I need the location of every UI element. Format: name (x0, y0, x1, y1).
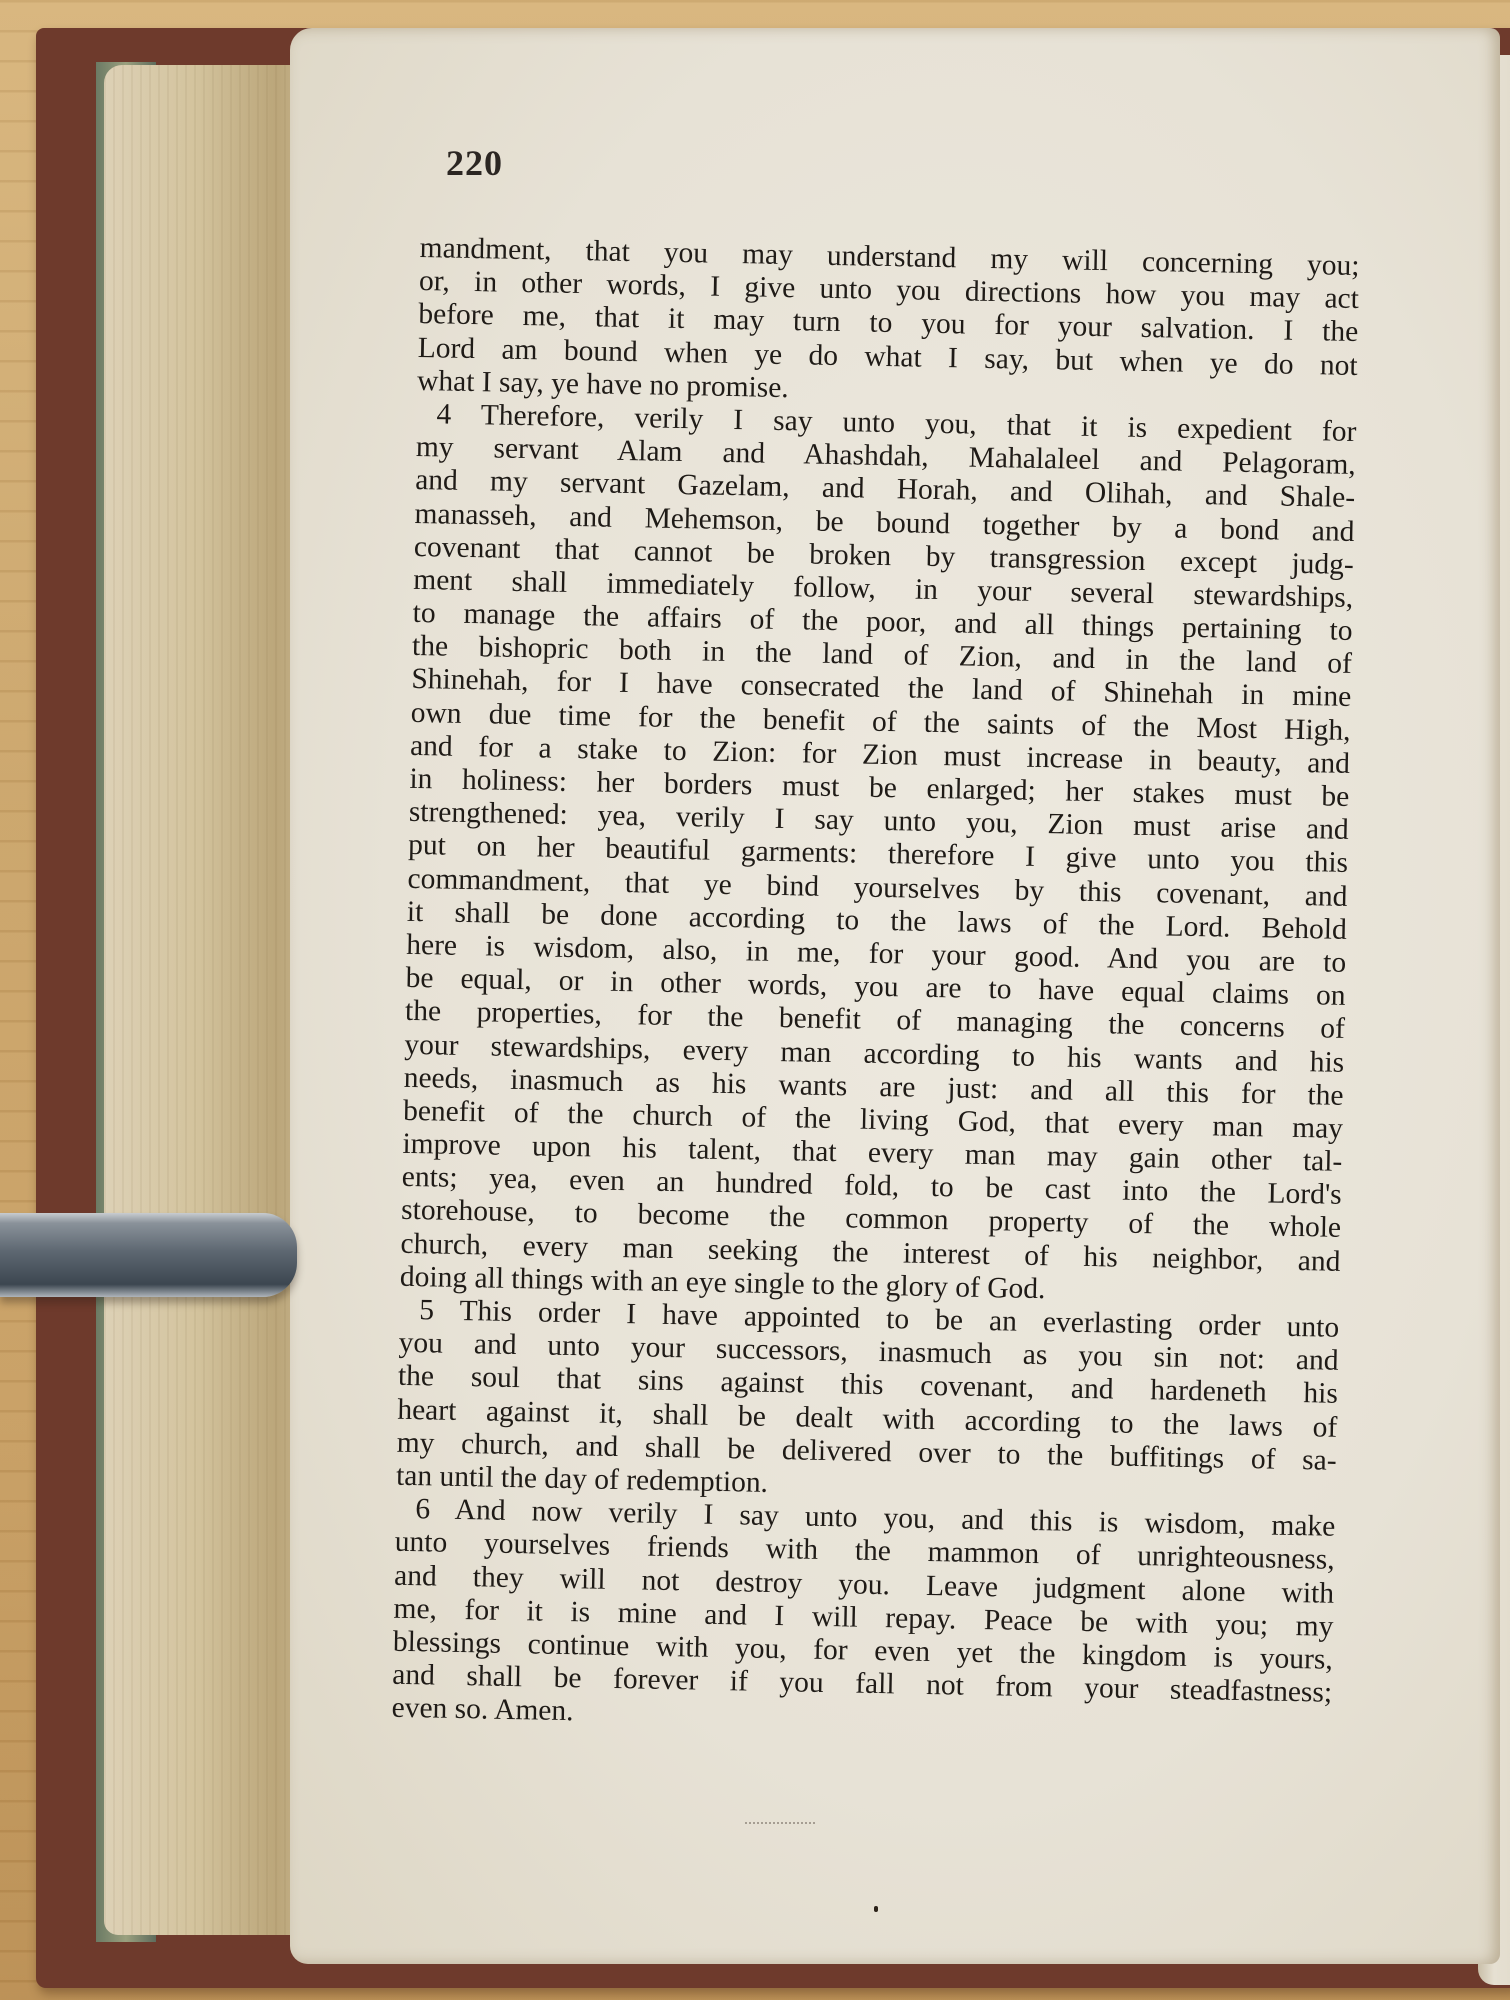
page-body-text: mandment, that you may understand my wil… (391, 232, 1359, 1743)
printer-signature-mark (745, 1808, 815, 1824)
knife-blade-page-holder (0, 1213, 297, 1297)
page-number: 220 (446, 142, 503, 184)
paper-speck (874, 1906, 878, 1912)
